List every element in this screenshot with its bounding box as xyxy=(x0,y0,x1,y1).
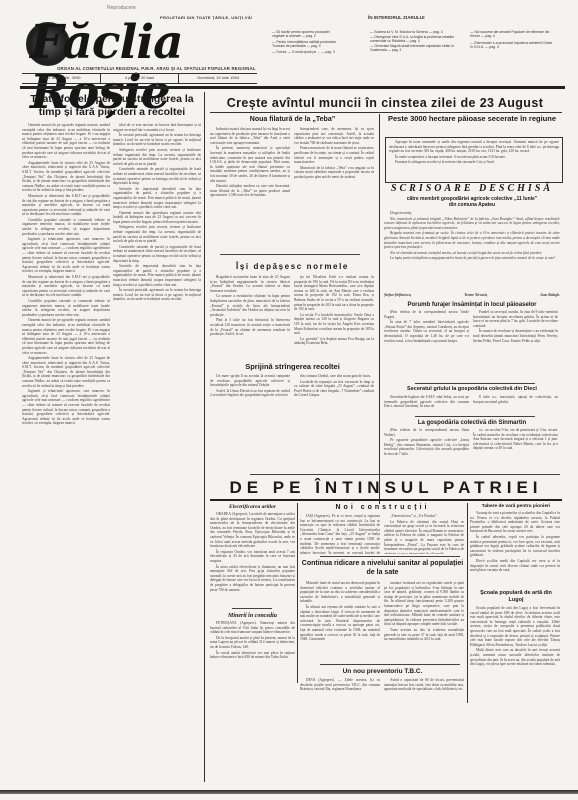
paragraph: De la începutul anului și pînă în prezen… xyxy=(210,636,295,650)
letter-greeting: Dragi tovarăși, xyxy=(384,211,560,216)
inside-item[interactable]: — 53 lucrări pentru sporirea producției … xyxy=(272,30,337,38)
paragraph: Brigada noastră este fruntașă pe secție.… xyxy=(384,231,560,249)
paragraph: Comitetele raionale de partid și organiz… xyxy=(113,245,201,263)
masthead-rule xyxy=(20,86,565,89)
paragraph: În această perioadă, agronomii au în sea… xyxy=(113,133,201,147)
paragraph: Angajamentele luate în cinstea zilei de … xyxy=(22,356,110,388)
separator xyxy=(232,608,272,609)
paragraph: PETROȘANI. (Agerpres). Numeroși mineri d… xyxy=(210,621,295,635)
paragraph: Avînd o capacitate de 80 de locuri, prev… xyxy=(384,678,464,692)
banner-rule xyxy=(210,112,562,113)
separator xyxy=(320,556,460,557)
paragraph: ția lui Elisabeta Kish s-a realizat norm… xyxy=(294,275,374,312)
sprijina-title: Sprijină strîngerea recoltei xyxy=(210,362,375,371)
paragraph: Muncitorii și tehnicienii din S.M.T.-uri… xyxy=(22,275,110,298)
sanitar-col1: Măsurile luate de statul nostru democrat… xyxy=(300,581,380,659)
paragraph: Consiliile populare raionale și comunale… xyxy=(22,218,110,236)
paragraph: Sarcinile de importanță deosebită stau î… xyxy=(113,264,201,287)
paragraph: La lupta pentru îndeplinirea angajamente… xyxy=(384,256,560,261)
separator xyxy=(415,416,535,417)
paragraph: În cursul anului tehnicieni vor mai plec… xyxy=(210,651,295,660)
byline: (Prin telefon de la corespondentul nostr… xyxy=(384,310,469,319)
separator xyxy=(220,254,360,255)
paragraph: Oamenii muncii din agricultura regiunii … xyxy=(113,211,201,225)
lead-article-title: Toate forțele pentru strîngerea la timp … xyxy=(22,93,202,119)
paragraph: Industria ușoară din țara noastră își va… xyxy=(210,127,290,145)
paragraph: În unele cooperative a început treieratu… xyxy=(389,155,559,160)
lugoj-body: Școala populară de artă din Lugoj a fost… xyxy=(470,606,560,701)
paragraph: „Tineretul nou” și „11e Păcului”. xyxy=(384,514,464,519)
paragraph: sanitare vizitează azi cu regularitate s… xyxy=(384,581,464,627)
paragraph: Muncitorii și tehnicienii din S.M.T.-uri… xyxy=(22,194,110,217)
paragraph: Fruntașe la strîngerea recoltei și la tr… xyxy=(389,160,559,165)
paragraph: Elevii școlilor medii din Capitală vor a… xyxy=(470,559,560,573)
column-divider xyxy=(297,503,298,683)
paragraph: Oamenii muncii de pe ogoarele regiunii n… xyxy=(22,123,110,160)
paragraph: Muncitorii de la fabrica „Teba” s-au ang… xyxy=(294,166,374,180)
tbc-col1: DEVA (Agerpres). — Zilele acestea, își v… xyxy=(300,678,380,700)
sanitar-col2: sanitare vizitează azi cu regularitate s… xyxy=(384,581,464,659)
tabere-body: Vacanța de vară a pionierilor și școlari… xyxy=(470,511,560,586)
lugoj-title: Școala populară de artă din Lugoj xyxy=(478,590,554,604)
paragraph: În afara ariilor electrificate și ilumin… xyxy=(210,565,295,593)
inside-item[interactable]: — Noi succese ale armatei Populare de el… xyxy=(470,30,555,38)
separator xyxy=(320,664,460,665)
paragraph: IAȘI (Agerpres). Pe zi ce trece, orașul … xyxy=(300,514,380,554)
page-bottom-edge xyxy=(0,790,578,794)
letter-title: SCRISOARE DESCHISĂ xyxy=(384,183,560,195)
column-divider xyxy=(467,503,468,703)
inside-col2: — Sosirea lui V. M. Molotov la Geneva — … xyxy=(370,30,460,52)
letter-body: Dragi tovarăși, Noi, muncitorii și artiz… xyxy=(384,211,560,293)
paragraph: Măsurile luate de statul nostru democrat… xyxy=(300,581,380,604)
electrificare-title: Electrificarea ariilor xyxy=(210,503,295,511)
paragraph: În această perioadă, agronomii au în sea… xyxy=(113,288,201,302)
depasesc-col2: ția lui Elisabeta Kish s-a realizat norm… xyxy=(294,275,374,353)
sinmartin-title: La gospodăria colectivă din Sînmartin xyxy=(384,419,560,427)
sinmartin-col2: a.c. au recoltat 9 ha. orz de primăvară … xyxy=(473,428,558,461)
paragraph: Strîngerea recoltei prin secerat, treier… xyxy=(113,148,201,166)
teba-title: Noua filatură de la „Teba” xyxy=(210,115,375,124)
paragraph: La secția V-a lucrările muncitorilor Vas… xyxy=(294,313,374,336)
byline: (Prin telefon de la corespondentul nostr… xyxy=(384,428,469,437)
paragraph: Strîngerea recoltei prin secerat, treier… xyxy=(113,225,201,243)
paragraph: La „prestări” și-a depășit norma Eva Kna… xyxy=(294,337,374,346)
paragraph: Sarcinile de importanță deosebită stau î… xyxy=(113,187,201,210)
paragraph: Paralel cu secerișul orzului, în ziua de… xyxy=(473,310,558,328)
column-divider xyxy=(379,114,380,504)
electrificare-body: ORADEA (Agerpres). Lucrările de amenajar… xyxy=(210,512,295,604)
inside-item[interactable]: — Generalul Naguib arată interesele capi… xyxy=(370,44,460,52)
issue-date: Duminică, 10 iulie 1954 xyxy=(179,74,257,83)
paragraph: Școala populară de artă din Lugoj a fost… xyxy=(470,606,560,647)
section-rule-top xyxy=(250,474,560,475)
teba-col2: întreprinderii care, de asemenea, își va… xyxy=(294,127,374,247)
paragraph: Noi vă chemăm să urmați exemplul nostru,… xyxy=(384,251,560,256)
constructii-col2: „Tineretul nou” și „11e Păcului”. La Fab… xyxy=(384,514,464,554)
depasesc-title: Își depășesc normele xyxy=(210,262,375,272)
paragraph: Noi, muncitorii și artizanii brigăzii „N… xyxy=(384,217,560,231)
inside-col3: — Noi succese ale armatei Populare de el… xyxy=(470,30,555,49)
paragraph: În ultimii ani rețeaua de unități sanita… xyxy=(300,605,380,642)
paragraph: Astfel, la Uzina Electrică au fost repar… xyxy=(210,389,290,398)
paragraph: La Fabrica de cărămizi din orașul Huși s… xyxy=(384,520,464,554)
paragraph: Oamenii muncii de pe ogoarele regiunii n… xyxy=(22,318,110,355)
porumb-col1: (Prin telefon de la corespondentul nostr… xyxy=(384,310,469,350)
paragraph: Toate acestea au dus la scăderea mortali… xyxy=(384,628,464,642)
paragraph: tibul de ce este necesar să lucreze fără… xyxy=(113,123,201,132)
column-divider xyxy=(204,92,205,782)
teba-col1: Industria ușoară din țara noastră își va… xyxy=(210,127,290,247)
inside-item[interactable]: — Eisenhower s-a pronunțat împotriva adm… xyxy=(470,41,555,49)
paragraph: Inginerii și tehnicienii agronomi, care … xyxy=(22,389,110,426)
paragraph: În cadrul taberelor, copiii vor particip… xyxy=(470,535,560,558)
inside-heading: ÎN INTERIORUL ZIARULUI xyxy=(368,15,425,20)
section-title: DE PE ÎNTINSUL PATRIEI xyxy=(210,478,562,498)
letter-subtitle: către membrii gospodăriei agricole colec… xyxy=(384,195,560,209)
paragraph: În munca de recoltare și desmiriștire s-… xyxy=(473,329,558,343)
paragraph: Lucrările de reparație au fost executate… xyxy=(294,380,374,398)
separator xyxy=(415,383,535,384)
tbc-col2: Avînd o capacitate de 80 de locuri, prev… xyxy=(384,678,464,700)
dieci-title: Seceratul grîului la gospodăria colectiv… xyxy=(384,386,560,393)
paragraph: În regiunea Oradea, vor funcționa anul a… xyxy=(210,550,295,564)
tabere-title: Tabere de vară pentru pionieri xyxy=(470,503,562,510)
paragraph: În ziua de 7 iulie, membrii întovărășiri… xyxy=(384,320,469,343)
constructii-title: Noi construcții xyxy=(300,503,465,512)
constructii-col1: IAȘI (Agerpres). Pe zi ce trece, orașul … xyxy=(300,514,380,554)
paragraph: întreprinderii care, de asemenea, își va… xyxy=(294,127,374,145)
porumb-title: Porumb furajer însămînțat în locul păioa… xyxy=(384,301,560,309)
paragraph: Mulți dintre acei care au absolvit în an… xyxy=(470,648,560,666)
lead-article-col2: tibul de ce este necesar să lucreze fără… xyxy=(113,123,201,788)
dieci-col1: Secerătorile-legători ale S.M.T.-ului Se… xyxy=(384,395,469,413)
section-rule-bottom xyxy=(210,499,562,501)
paragraph: Ca urmare a rezultatelor obținute în lup… xyxy=(210,294,290,317)
sanitar-title: Continua ridicare a nivelului sanitar al… xyxy=(300,559,465,577)
hectare-title: Peste 3000 hectare păioase secerate în r… xyxy=(384,114,560,124)
paragraph: Un mare sprijin îl au acordat la această… xyxy=(210,374,290,388)
paragraph: Comitetele raionale de partid și organiz… xyxy=(113,167,201,185)
inside-item[interactable]: — Sosirea lui V. M. Molotov la Geneva — … xyxy=(370,30,460,34)
inside-item[interactable]: — Divergențe între S.U.A. și Anglia la p… xyxy=(370,35,460,43)
paragraph: Vacanța de vară a pionierilor și școlari… xyxy=(470,511,560,534)
paragraph: Pe ogoarele gospodăriei agricole colecti… xyxy=(384,438,469,456)
sprijina-col2: din comuna Chedul, care sînt acum gata d… xyxy=(294,374,374,404)
masthead-subtitle: ORGAN AL COMITETULUI REGIONAL P.M.R. ARA… xyxy=(57,66,256,71)
sinmartin-col1: (Prin telefon de la corespondentul nostr… xyxy=(384,428,469,461)
sprijina-col1: Un mare sprijin îl au acordat la această… xyxy=(210,374,290,404)
tbc-title: Un nou preventoriu T.B.C. xyxy=(300,667,465,676)
inside-item[interactable]: — Folclor — O mică epică pe ... — pag. 3 xyxy=(272,50,337,54)
mineri-title: Minerii în concediu xyxy=(210,612,295,620)
issue-price: 4 pagini, 20 bani xyxy=(101,74,180,83)
paragraph: În prezent, numeroși muncitori și specia… xyxy=(210,146,290,183)
paragraph: Pentru muncitorii de la noua filatură se… xyxy=(294,146,374,164)
banner-title: Crește avîntul muncii în cinstea zilei d… xyxy=(210,96,560,110)
paragraph: Brigadierii sectoarelor luate la ziua de… xyxy=(210,275,290,293)
porumb-col2: Paralel cu secerișul orzului, în ziua de… xyxy=(473,310,558,350)
paragraph: DEVA (Agerpres). — Zilele acestea, își v… xyxy=(300,678,380,692)
letter-section: SCRISOARE DESCHISĂ către membrii gospodă… xyxy=(384,183,560,298)
depasesc-col1: Brigadierii sectoarelor luate la ziua de… xyxy=(210,275,290,353)
inside-col1: — 53 lucrări pentru sporirea producției … xyxy=(272,30,337,54)
dieci-col2: 8 iulie a.c. tractoriștii, ajutați de co… xyxy=(473,395,558,413)
paragraph: Datorită utilajului modern cu care este … xyxy=(210,184,290,198)
paragraph: Inginerii și tehnicienii agronomi, care … xyxy=(22,237,110,274)
lead-article-col1: Oamenii muncii de pe ogoarele regiunii n… xyxy=(22,123,110,788)
paragraph: a.c. au recoltat 9 ha. orz de primăvară … xyxy=(473,428,558,451)
hectare-box: Aproape în toate comunele și satele din … xyxy=(385,137,563,183)
paragraph: din comuna Chedul, care sînt acum gata d… xyxy=(294,374,374,379)
mineri-body: PETROȘANI. (Agerpres). Numeroși mineri d… xyxy=(210,621,295,679)
issue-number: Arad, anul VI Nr. 3090 xyxy=(22,74,101,83)
archive-stamp: Reproducere xyxy=(107,6,136,11)
paragraph: Secerătorile-legători ale S.M.T.-ului Se… xyxy=(384,395,469,409)
inside-item[interactable]: — Pentru îmbunătățirea calității produse… xyxy=(272,40,337,48)
paragraph: Angajamentele luate în cinstea zilei de … xyxy=(22,161,110,193)
paragraph: Pînă la 5 iulie au fost înfruntați în în… xyxy=(210,318,290,336)
issue-info-bar: Arad, anul VI Nr. 3090 4 pagini, 20 bani… xyxy=(22,73,257,84)
paragraph: Aproape în toate comunele și satele din … xyxy=(389,140,559,154)
paragraph: ORADEA (Agerpres). Lucrările de amenajar… xyxy=(210,512,295,549)
paragraph: 8 iulie a.c. tractoriștii, ajutați de co… xyxy=(473,395,558,404)
paragraph: Consiliile populare raionale și comunale… xyxy=(22,299,110,317)
